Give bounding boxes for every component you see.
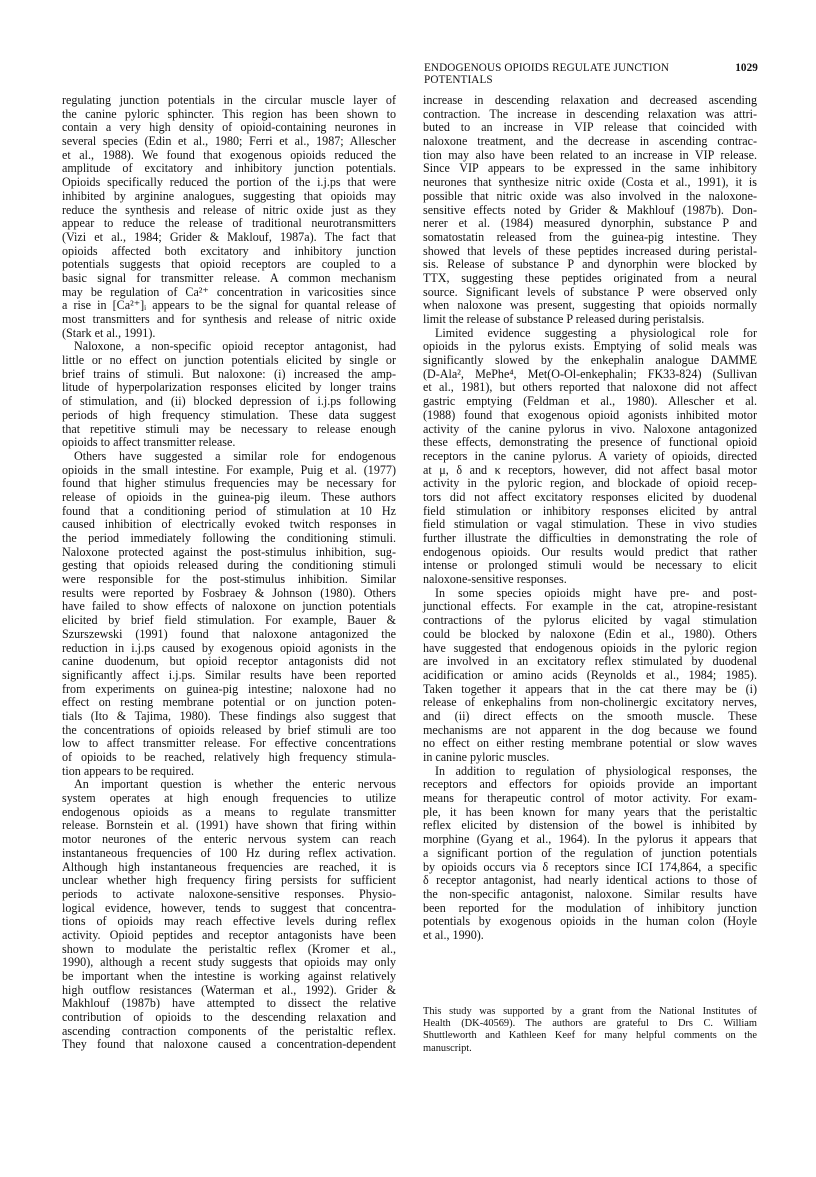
text-line: In some species opioids might have pre- … bbox=[423, 587, 757, 601]
text-line: reduction in i.j.ps caused by exogenous … bbox=[62, 642, 396, 656]
text-line: In addition to regulation of physiologic… bbox=[423, 765, 757, 779]
text-line: release. Bornstein et al. (1991) have sh… bbox=[62, 819, 396, 833]
text-line: tials (Ito & Tajima, 1980). These findin… bbox=[62, 710, 396, 724]
text-line: Since VIP appears to be expressed in the… bbox=[423, 162, 757, 176]
text-line: source. Significant levels of substance … bbox=[423, 286, 757, 300]
text-line: Naloxone protected against the post-stim… bbox=[62, 546, 396, 560]
text-line: Opioids specifically reduced the portion… bbox=[62, 176, 396, 190]
text-line: of opioids to be reached, relatively hig… bbox=[62, 751, 396, 765]
text-line: in canine pyloric muscles. bbox=[423, 751, 757, 765]
text-line: potentials suggests that opioid receptor… bbox=[62, 258, 396, 272]
running-title: ENDOGENOUS OPIOIDS REGULATE JUNCTION POT… bbox=[424, 62, 735, 86]
text-line: of stimulation, and (ii) blocked depress… bbox=[62, 395, 396, 409]
text-line: nerer et al. (1984) measured dynorphin, … bbox=[423, 217, 757, 231]
text-line: logical evidence, however, tends to sugg… bbox=[62, 902, 396, 916]
text-line: activity. Opioid peptides and receptor a… bbox=[62, 929, 396, 943]
text-line: field stimulation or inhibitory response… bbox=[423, 505, 757, 519]
text-line: endogenous opioids. Our results would pr… bbox=[423, 546, 757, 560]
text-line: significantly affect i.j.ps. Similar res… bbox=[62, 669, 396, 683]
text-line: periods of high frequency stimulation. T… bbox=[62, 409, 396, 423]
text-line: neurones that synthesize nitric oxide (C… bbox=[423, 176, 757, 190]
text-line: been reported for the modulation of inhi… bbox=[423, 902, 757, 916]
text-line: possible that nitric oxide was also invo… bbox=[423, 190, 757, 204]
text-line: opioids affected both excitatory and inh… bbox=[62, 245, 396, 259]
text-line: release of opioids in the guinea-pig ile… bbox=[62, 491, 396, 505]
text-line: They found that naloxone caused a concen… bbox=[62, 1038, 396, 1052]
text-line: several species (Edin et al., 1980; Ferr… bbox=[62, 135, 396, 149]
text-line: and (ii) direct effects on the smooth mu… bbox=[423, 710, 757, 724]
text-line: Makhlouf (1987b) have attempted to disse… bbox=[62, 997, 396, 1011]
acknowledgement-footnote: This study was supported by a grant from… bbox=[423, 1006, 757, 1055]
text-line: contractions of the pylorus elicited by … bbox=[423, 614, 757, 628]
text-line: ple, it has been known for many years th… bbox=[423, 806, 757, 820]
text-line: sensitive effects noted by Grider & Makh… bbox=[423, 204, 757, 218]
text-line: little or no effect on junction potentia… bbox=[62, 354, 396, 368]
text-line: naloxone-sensitive responses. bbox=[423, 573, 757, 587]
text-line: intense or prolonged stimuli would be ne… bbox=[423, 559, 757, 573]
text-line: amplitude of excitatory and inhibitory j… bbox=[62, 162, 396, 176]
text-line: acidification or amino acids (Reynolds e… bbox=[423, 669, 757, 683]
text-line: increase in descending relaxation and de… bbox=[423, 94, 757, 108]
text-line: manuscript. bbox=[423, 1043, 757, 1055]
text-line: mechanisms are not apparent in the dog b… bbox=[423, 724, 757, 738]
text-line: Shuttleworth and Kathleen Keef for many … bbox=[423, 1030, 757, 1042]
text-line: periods to activate naloxone-sensitive r… bbox=[62, 888, 396, 902]
text-line: from experiments on guinea-pig intestine… bbox=[62, 683, 396, 697]
text-line: potentials by exogenous opioids in the h… bbox=[423, 915, 757, 929]
text-line: opioids in the small intestine. For exam… bbox=[62, 464, 396, 478]
text-line: Although high instantaneous frequencies … bbox=[62, 861, 396, 875]
text-line: (1988) found that exogenous opioid agoni… bbox=[423, 409, 757, 423]
text-line: canine duodenum, but opioid receptor ant… bbox=[62, 655, 396, 669]
text-line: unclear whether high frequency firing pe… bbox=[62, 874, 396, 888]
text-line: that repetitive stimuli may be necessary… bbox=[62, 423, 396, 437]
text-line: et al., 1990). bbox=[423, 929, 757, 943]
text-line: motor neurones of the enteric nervous sy… bbox=[62, 833, 396, 847]
text-line: naloxone treatment, and the decrease in … bbox=[423, 135, 757, 149]
text-line: significantly slowed by the enkephalin a… bbox=[423, 354, 757, 368]
text-line: a rise in [Ca²⁺]ᵢ appears to be the sign… bbox=[62, 299, 396, 313]
text-line: no effect on either resting membrane pot… bbox=[423, 737, 757, 751]
page-number: 1029 bbox=[735, 62, 758, 86]
text-line: further illustrate the difficulties in d… bbox=[423, 532, 757, 546]
text-line: An important question is whether the ent… bbox=[62, 778, 396, 792]
text-line: have suggested that endogenous opioids i… bbox=[423, 642, 757, 656]
text-line: effect on resting membrane potential or … bbox=[62, 696, 396, 710]
text-line: endogenous opioids as a means to regulat… bbox=[62, 806, 396, 820]
text-line: release of enkephalins from non-choliner… bbox=[423, 696, 757, 710]
text-line: may be regulation of Ca²⁺ concentration … bbox=[62, 286, 396, 300]
running-head: ENDOGENOUS OPIOIDS REGULATE JUNCTION POT… bbox=[424, 62, 758, 86]
text-line: high outflow resistances (Waterman et al… bbox=[62, 984, 396, 998]
text-line: Naloxone, a non-specific opioid receptor… bbox=[62, 340, 396, 354]
text-line: reflex elicited by distension of the bow… bbox=[423, 819, 757, 833]
text-line: low to affect transmitter release. For e… bbox=[62, 737, 396, 751]
text-line: appear to reduce the release of traditio… bbox=[62, 217, 396, 231]
text-line: were responsible for the post-stimulus i… bbox=[62, 573, 396, 587]
text-line: could be blocked by naloxone (Edin et al… bbox=[423, 628, 757, 642]
text-line: Limited evidence suggesting a physiologi… bbox=[423, 327, 757, 341]
text-line: found that a conditioning period of stim… bbox=[62, 505, 396, 519]
text-line: these effects, demonstrating the presenc… bbox=[423, 436, 757, 450]
text-line: the canine pyloric sphincter. This regio… bbox=[62, 108, 396, 122]
left-column: regulating junction potentials in the ci… bbox=[62, 94, 396, 1052]
text-line: means for therapeutic control of motor a… bbox=[423, 792, 757, 806]
text-line: (Stark et al., 1991). bbox=[62, 327, 396, 341]
text-line: et al., 1988). We found that exogenous o… bbox=[62, 149, 396, 163]
text-line: tion may also have been related to an in… bbox=[423, 149, 757, 163]
text-line: contribution of opioids to the descendin… bbox=[62, 1011, 396, 1025]
text-line: results were reported by Fosbraey & John… bbox=[62, 587, 396, 601]
text-line: tions of opioids may reach effective lev… bbox=[62, 915, 396, 929]
text-line: activity in the pyloric region, and bloc… bbox=[423, 477, 757, 491]
text-line: buted to an increase in VIP release that… bbox=[423, 121, 757, 135]
text-line: tors did not affect excitatory responses… bbox=[423, 491, 757, 505]
text-line: Szurszewski (1991) found that naloxone a… bbox=[62, 628, 396, 642]
text-line: have failed to show effects of naloxone … bbox=[62, 600, 396, 614]
text-line: morphine (Gyang et al., 1964). In the py… bbox=[423, 833, 757, 847]
text-line: receptors in the canine pylorus. A varie… bbox=[423, 450, 757, 464]
text-line: δ receptor antagonist, had nearly identi… bbox=[423, 874, 757, 888]
text-line: showed that levels of these peptides inc… bbox=[423, 245, 757, 259]
text-line: Taken together it appears that in the ca… bbox=[423, 683, 757, 697]
text-line: tion appears to be required. bbox=[62, 765, 396, 779]
text-line: shown to modulate the peristaltic reflex… bbox=[62, 943, 396, 957]
text-line: inhibited by arginine analogues, suggest… bbox=[62, 190, 396, 204]
text-line: instantaneous frequencies of 100 Hz duri… bbox=[62, 847, 396, 861]
text-line: regulating junction potentials in the ci… bbox=[62, 94, 396, 108]
text-line: activity of the canine pylorus in vivo. … bbox=[423, 423, 757, 437]
text-line: gastric emptying (Feldman et al., 1980).… bbox=[423, 395, 757, 409]
text-line: This study was supported by a grant from… bbox=[423, 1006, 757, 1018]
text-line: contain a very high density of opioid-co… bbox=[62, 121, 396, 135]
text-line: when naloxone was present, suggesting th… bbox=[423, 299, 757, 313]
text-line: most transmitters and for synthesis and … bbox=[62, 313, 396, 327]
text-line: (Vizi et al., 1984; Grider & Maklouf, 19… bbox=[62, 231, 396, 245]
text-line: brief trains of stimuli. But naloxone: (… bbox=[62, 368, 396, 382]
text-line: ascending contraction components of the … bbox=[62, 1025, 396, 1039]
right-column: increase in descending relaxation and de… bbox=[423, 94, 757, 943]
text-line: found that higher stimulus frequencies m… bbox=[62, 477, 396, 491]
text-line: caused inhibition of electrically evoked… bbox=[62, 518, 396, 532]
text-line: gesting that opioids released during the… bbox=[62, 559, 396, 573]
text-line: basic signal for transmitter release. A … bbox=[62, 272, 396, 286]
text-line: litude of hyperpolarization responses el… bbox=[62, 381, 396, 395]
text-line: system operates at high enough frequenci… bbox=[62, 792, 396, 806]
text-line: be important when the intestine is worki… bbox=[62, 970, 396, 984]
text-line: Health (DK-40569). The authors are grate… bbox=[423, 1018, 757, 1030]
text-line: (D-Ala², MePhe⁴, Met(O-Ol-enkephalin; FK… bbox=[423, 368, 757, 382]
text-line: contraction. The increase in descending … bbox=[423, 108, 757, 122]
text-line: the period immediately following the con… bbox=[62, 532, 396, 546]
text-line: TTX, suggesting these peptides originate… bbox=[423, 272, 757, 286]
text-line: receptors and effectors for opioids prov… bbox=[423, 778, 757, 792]
text-line: elicited by brief field stimulation. For… bbox=[62, 614, 396, 628]
text-line: 1990), although a recent study suggests … bbox=[62, 956, 396, 970]
text-line: junctional effects. For example in the c… bbox=[423, 600, 757, 614]
text-line: by opioids occurs via δ receptors since … bbox=[423, 861, 757, 875]
text-line: are involved in an excitatory reflex sti… bbox=[423, 655, 757, 669]
text-line: somatostatin released from the guinea-pi… bbox=[423, 231, 757, 245]
text-line: opioids to affect transmitter release. bbox=[62, 436, 396, 450]
text-line: the non-specific antagonist, naloxone. S… bbox=[423, 888, 757, 902]
text-line: the concentrations of opioids released b… bbox=[62, 724, 396, 738]
text-line: field stimulation or vagal stimulation. … bbox=[423, 518, 757, 532]
text-line: Others have suggested a similar role for… bbox=[62, 450, 396, 464]
text-line: reduce the synthesis and release of nitr… bbox=[62, 204, 396, 218]
text-line: et al., 1981), but others reported that … bbox=[423, 381, 757, 395]
text-line: sis. Release of substance P and dynorphi… bbox=[423, 258, 757, 272]
text-line: limit the release of substance P release… bbox=[423, 313, 757, 327]
text-line: opioids in the pylorus exists. Emptying … bbox=[423, 340, 757, 354]
text-line: a significant portion of the regulation … bbox=[423, 847, 757, 861]
text-line: at μ, δ and κ receptors, however, did no… bbox=[423, 464, 757, 478]
